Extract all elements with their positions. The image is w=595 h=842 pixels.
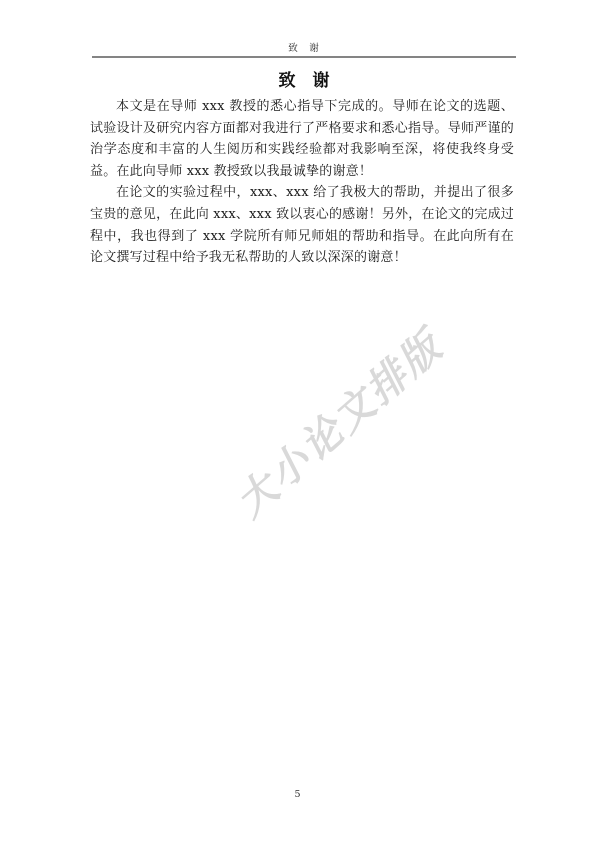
document-page: 致 谢 致 谢 本文是在导师 xxx 教授的悉心指导下完成的。导师在论文的选题、… [0, 0, 595, 842]
page-title: 致 谢 [92, 66, 516, 91]
running-header-title: 致 谢 [92, 40, 516, 54]
watermark-text: 大小论文排版 [221, 288, 485, 528]
page-number: 5 [0, 789, 595, 800]
body-text: 本文是在导师 xxx 教授的悉心指导下完成的。导师在论文的选题、试验设计及研究内… [90, 96, 514, 269]
paragraph-1: 本文是在导师 xxx 教授的悉心指导下完成的。导师在论文的选题、试验设计及研究内… [90, 96, 514, 182]
paragraph-2: 在论文的实验过程中，xxx、xxx 给了我极大的帮助，并提出了很多宝贵的意见，在… [90, 182, 514, 268]
header-rule [92, 56, 516, 58]
